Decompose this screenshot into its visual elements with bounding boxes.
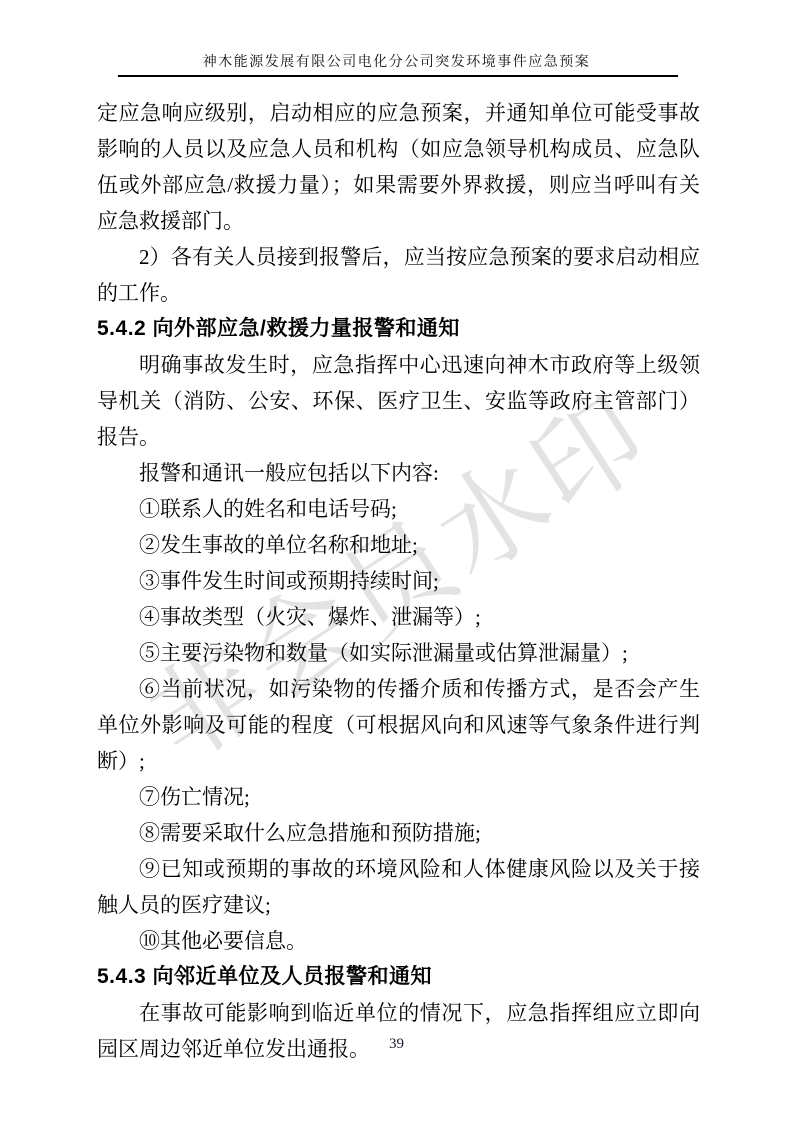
numbered-list-item: ②发生事故的单位名称和地址; xyxy=(97,527,700,563)
page-header-title: 神木能源发展有限公司电化分公司突发环境事件应急预案 xyxy=(0,51,793,71)
section-heading: 5.4.3 向邻近单位及人员报警和通知 xyxy=(97,959,700,995)
numbered-list-item: ④事故类型（火灾、爆炸、泄漏等）; xyxy=(97,599,700,635)
section-heading: 5.4.2 向外部应急/救援力量报警和通知 xyxy=(97,311,700,347)
page-number: 39 xyxy=(0,1036,793,1053)
numbered-list-item: ⑤主要污染物和数量（如实际泄漏量或估算泄漏量）; xyxy=(97,635,700,671)
body-paragraph: 在事故可能影响到临近单位的情况下，应急指挥组应立即向园区周边邻近单位发出通报。 xyxy=(97,995,700,1067)
numbered-list-item: ③事件发生时间或预期持续时间; xyxy=(97,563,700,599)
numbered-list-item: ⑧需要采取什么应急措施和预防措施; xyxy=(97,815,700,851)
numbered-list-item: ①联系人的姓名和电话号码; xyxy=(97,491,700,527)
numbered-list-item: ⑦伤亡情况; xyxy=(97,779,700,815)
numbered-list-item: ⑩其他必要信息。 xyxy=(97,923,700,959)
body-paragraph: 2）各有关人员接到报警后，应当按应急预案的要求启动相应的工作。 xyxy=(97,239,700,311)
document-body: 定应急响应级别，启动相应的应急预案，并通知单位可能受事故影响的人员以及应急人员和… xyxy=(97,95,700,1067)
document-page: 非会员水印 神木能源发展有限公司电化分公司突发环境事件应急预案 定应急响应级别，… xyxy=(0,0,793,1122)
body-paragraph: 定应急响应级别，启动相应的应急预案，并通知单位可能受事故影响的人员以及应急人员和… xyxy=(97,95,700,239)
numbered-list-item: ⑨已知或预期的事故的环境风险和人体健康风险以及关于接触人员的医疗建议; xyxy=(97,851,700,923)
numbered-list-item: ⑥当前状况，如污染物的传播介质和传播方式，是否会产生单位外影响及可能的程度（可根… xyxy=(97,671,700,779)
header-rule xyxy=(118,75,678,77)
body-paragraph: 报警和通讯一般应包括以下内容: xyxy=(97,455,700,491)
body-paragraph: 明确事故发生时，应急指挥中心迅速向神木市政府等上级领导机关（消防、公安、环保、医… xyxy=(97,347,700,455)
